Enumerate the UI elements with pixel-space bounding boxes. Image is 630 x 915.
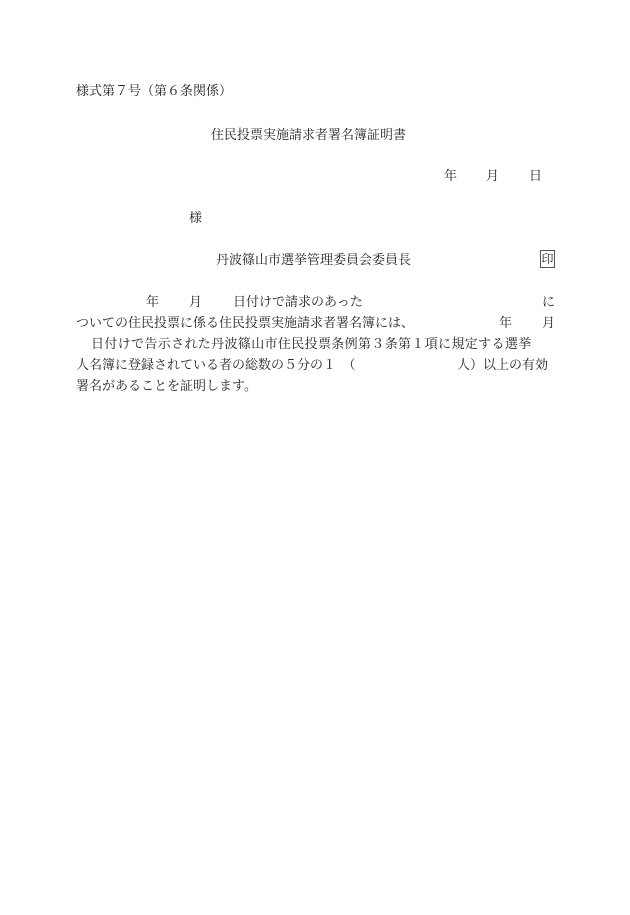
addressee-suffix: 様 [189,211,202,227]
body-line2-text: ついての住民投票に係る住民投票実施請求者署名簿には、 [76,316,414,332]
body-line4-text: 人名簿に登録されている者の総数の５分の１ （ [76,358,356,374]
issuer-name: 丹波篠山市選挙管理委員会委員長 [216,253,411,269]
body-line1-month: 月 [189,295,202,311]
date-day-label: 日 [529,169,542,185]
body-line1-end: に [542,295,555,311]
seal-stamp: 印 [540,250,555,268]
document-title: 住民投票実施請求者署名簿証明書 [211,128,406,144]
body-line1-year: 年 [146,295,159,311]
body-line4-person: 人）以上の有効 [457,358,548,374]
date-year-label: 年 [444,169,457,185]
body-line3: 日付けで告示された丹波篠山市住民投票条例第３条第１項に規定する選挙 [91,337,532,353]
form-number: 様式第７号（第６条関係） [76,84,232,100]
body-line2-month: 月 [542,316,555,332]
date-month-label: 月 [486,169,499,185]
body-line1-text: 日付けで請求のあった [233,295,363,311]
body-line5: 署名があることを証明します。 [76,379,257,395]
body-line2-year: 年 [499,316,512,332]
